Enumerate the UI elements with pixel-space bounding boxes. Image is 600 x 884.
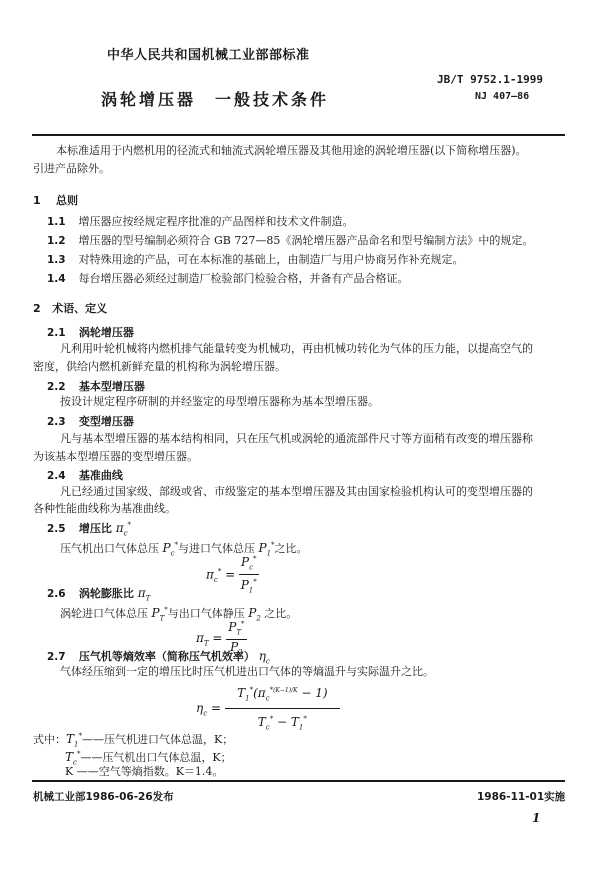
clause-2-3-heading: 2.3 变型增压器 xyxy=(47,413,134,429)
section-title: 术语、定义 xyxy=(52,302,107,315)
clause-text: 增压器应按经规定程序批准的产品图样和技术文件制造。 xyxy=(79,215,354,228)
effective-date: 1986-11-01实施 xyxy=(477,789,565,804)
clause-2-4-text-2: 各种性能曲线称为基准曲线。 xyxy=(33,500,176,518)
header-divider xyxy=(32,134,565,136)
clause-title: 基本型增压器 xyxy=(79,380,145,393)
where-label: 式中： xyxy=(33,733,66,746)
clause-title: 增压比 xyxy=(79,522,112,535)
clause-2-5-heading: 2.5 增压比 πc* xyxy=(47,520,131,537)
clause-text: 每台增压器必须经过制造厂检验部门检验合格，并备有产品合格证。 xyxy=(79,272,409,285)
clause-number: 2.7 xyxy=(47,651,75,663)
intro-line-2: 引进产品除外。 xyxy=(33,160,110,178)
clause-2-1-heading: 2.1 涡轮增压器 xyxy=(47,324,134,340)
standard-number: JB/T 9752.1-1999 xyxy=(437,73,543,86)
clause-2-1-text-2: 密度，供给内燃机新鲜充量的机构称为涡轮增压器。 xyxy=(33,358,286,376)
clause-text: 增压器的型号编制必须符合 GB 727—85《涡轮增压器产品命名和型号编制方法》… xyxy=(79,234,534,247)
clause-2-6-heading: 2.6 涡轮膨胀比 πT xyxy=(47,585,150,602)
clause-number: 1.4 xyxy=(47,270,75,288)
clause-number: 2.6 xyxy=(47,588,75,600)
pressure-ratio-formula: πc* = Pc*P1* xyxy=(206,552,259,598)
clause-number: 2.3 xyxy=(47,416,75,428)
section-title: 总则 xyxy=(56,194,78,207)
clause-number: 1.1 xyxy=(47,213,75,231)
clause-title: 涡轮增压器 xyxy=(79,326,134,339)
clause-1-4: 1.4 每台增压器必须经过制造厂检验部门检验合格，并备有产品合格证。 xyxy=(47,270,409,288)
intro-line-1: 本标准适用于内燃机用的径流式和轴流式涡轮增压器及其他用途的涡轮增压器(以下简称增… xyxy=(56,142,527,160)
clause-title: 压气机等熵效率（简称压气机效率） xyxy=(79,650,255,663)
clause-1-3: 1.3 对特殊用途的产品，可在本标准的基础上，由制造厂与用户协商另作补充规定。 xyxy=(47,251,464,269)
issue-date: 机械工业部1986-06-26发布 xyxy=(33,789,174,804)
superseded-standard-number: NJ 407—86 xyxy=(475,91,529,102)
clause-2-6-text-1: 涡轮进口气体总压 PT*与出口气体静压 P2 之比。 xyxy=(60,601,297,627)
section-number: 2 xyxy=(33,302,41,315)
section-number: 1 xyxy=(33,194,41,207)
clause-title: 基准曲线 xyxy=(79,469,123,482)
clause-text: 对特殊用途的产品，可在本标准的基础上，由制造厂与用户协商另作补充规定。 xyxy=(79,253,464,266)
clause-2-3-text-2: 为该基本型增压器的变型增压器。 xyxy=(33,448,198,466)
pressure-ratio-symbol: πc* xyxy=(116,521,131,535)
clause-2-3-text-1: 凡与基本型增压器的基本结构相同，只在压气机或涡轮的通流部件尺寸等方面稍有改变的增… xyxy=(60,430,533,448)
issuing-organization: 中华人民共和国机械工业部部标准 xyxy=(107,44,310,63)
clause-1-2: 1.2 增压器的型号编制必须符合 GB 727—85《涡轮增压器产品命名和型号编… xyxy=(47,232,533,250)
efficiency-symbol: ηc xyxy=(259,649,270,663)
clause-2-5-text-1: 压气机出口气体总压 Pc*与进口气体总压 P1*之比。 xyxy=(60,536,308,562)
clause-number: 2.2 xyxy=(47,381,75,393)
section-2-heading: 2 术语、定义 xyxy=(33,300,107,316)
clause-2-4-text-1: 凡已经通过国家级、部级或省、市级鉴定的基本型增压器及其由国家检验机构认可的变型增… xyxy=(60,483,533,501)
section-1-heading: 1 总则 xyxy=(33,192,78,208)
clause-number: 1.3 xyxy=(47,251,75,269)
clause-2-7-text-1: 气体经压缩到一定的增压比时压气机进出口气体的等熵温升与实际温升之比。 xyxy=(60,663,434,681)
clause-title: 变型增压器 xyxy=(79,415,134,428)
clause-2-4-heading: 2.4 基准曲线 xyxy=(47,467,123,483)
clause-number: 1.2 xyxy=(47,232,75,250)
clause-title: 涡轮膨胀比 xyxy=(79,587,134,600)
clause-2-2-text-1: 按设计规定程序研制的并经鉴定的母型增压器称为基本型增压器。 xyxy=(60,393,379,411)
clause-number: 2.5 xyxy=(47,523,75,535)
clause-1-1: 1.1 增压器应按经规定程序批准的产品图样和技术文件制造。 xyxy=(47,213,354,231)
document-title: 涡轮增压器 一般技术条件 xyxy=(101,87,329,110)
footer-divider xyxy=(32,780,565,782)
clause-number: 2.4 xyxy=(47,470,75,482)
clause-2-2-heading: 2.2 基本型增压器 xyxy=(47,378,145,394)
where-def-k: K ——空气等熵指数。K＝1.4。 xyxy=(65,763,223,781)
clause-2-1-text-1: 凡利用叶轮机械将内燃机排气能量转变为机械功，再由机械功转化为气体的压力能，以提高… xyxy=(60,340,533,358)
clause-number: 2.1 xyxy=(47,327,75,339)
page-number: 1 xyxy=(532,811,540,825)
expansion-ratio-symbol: πT xyxy=(138,586,151,600)
